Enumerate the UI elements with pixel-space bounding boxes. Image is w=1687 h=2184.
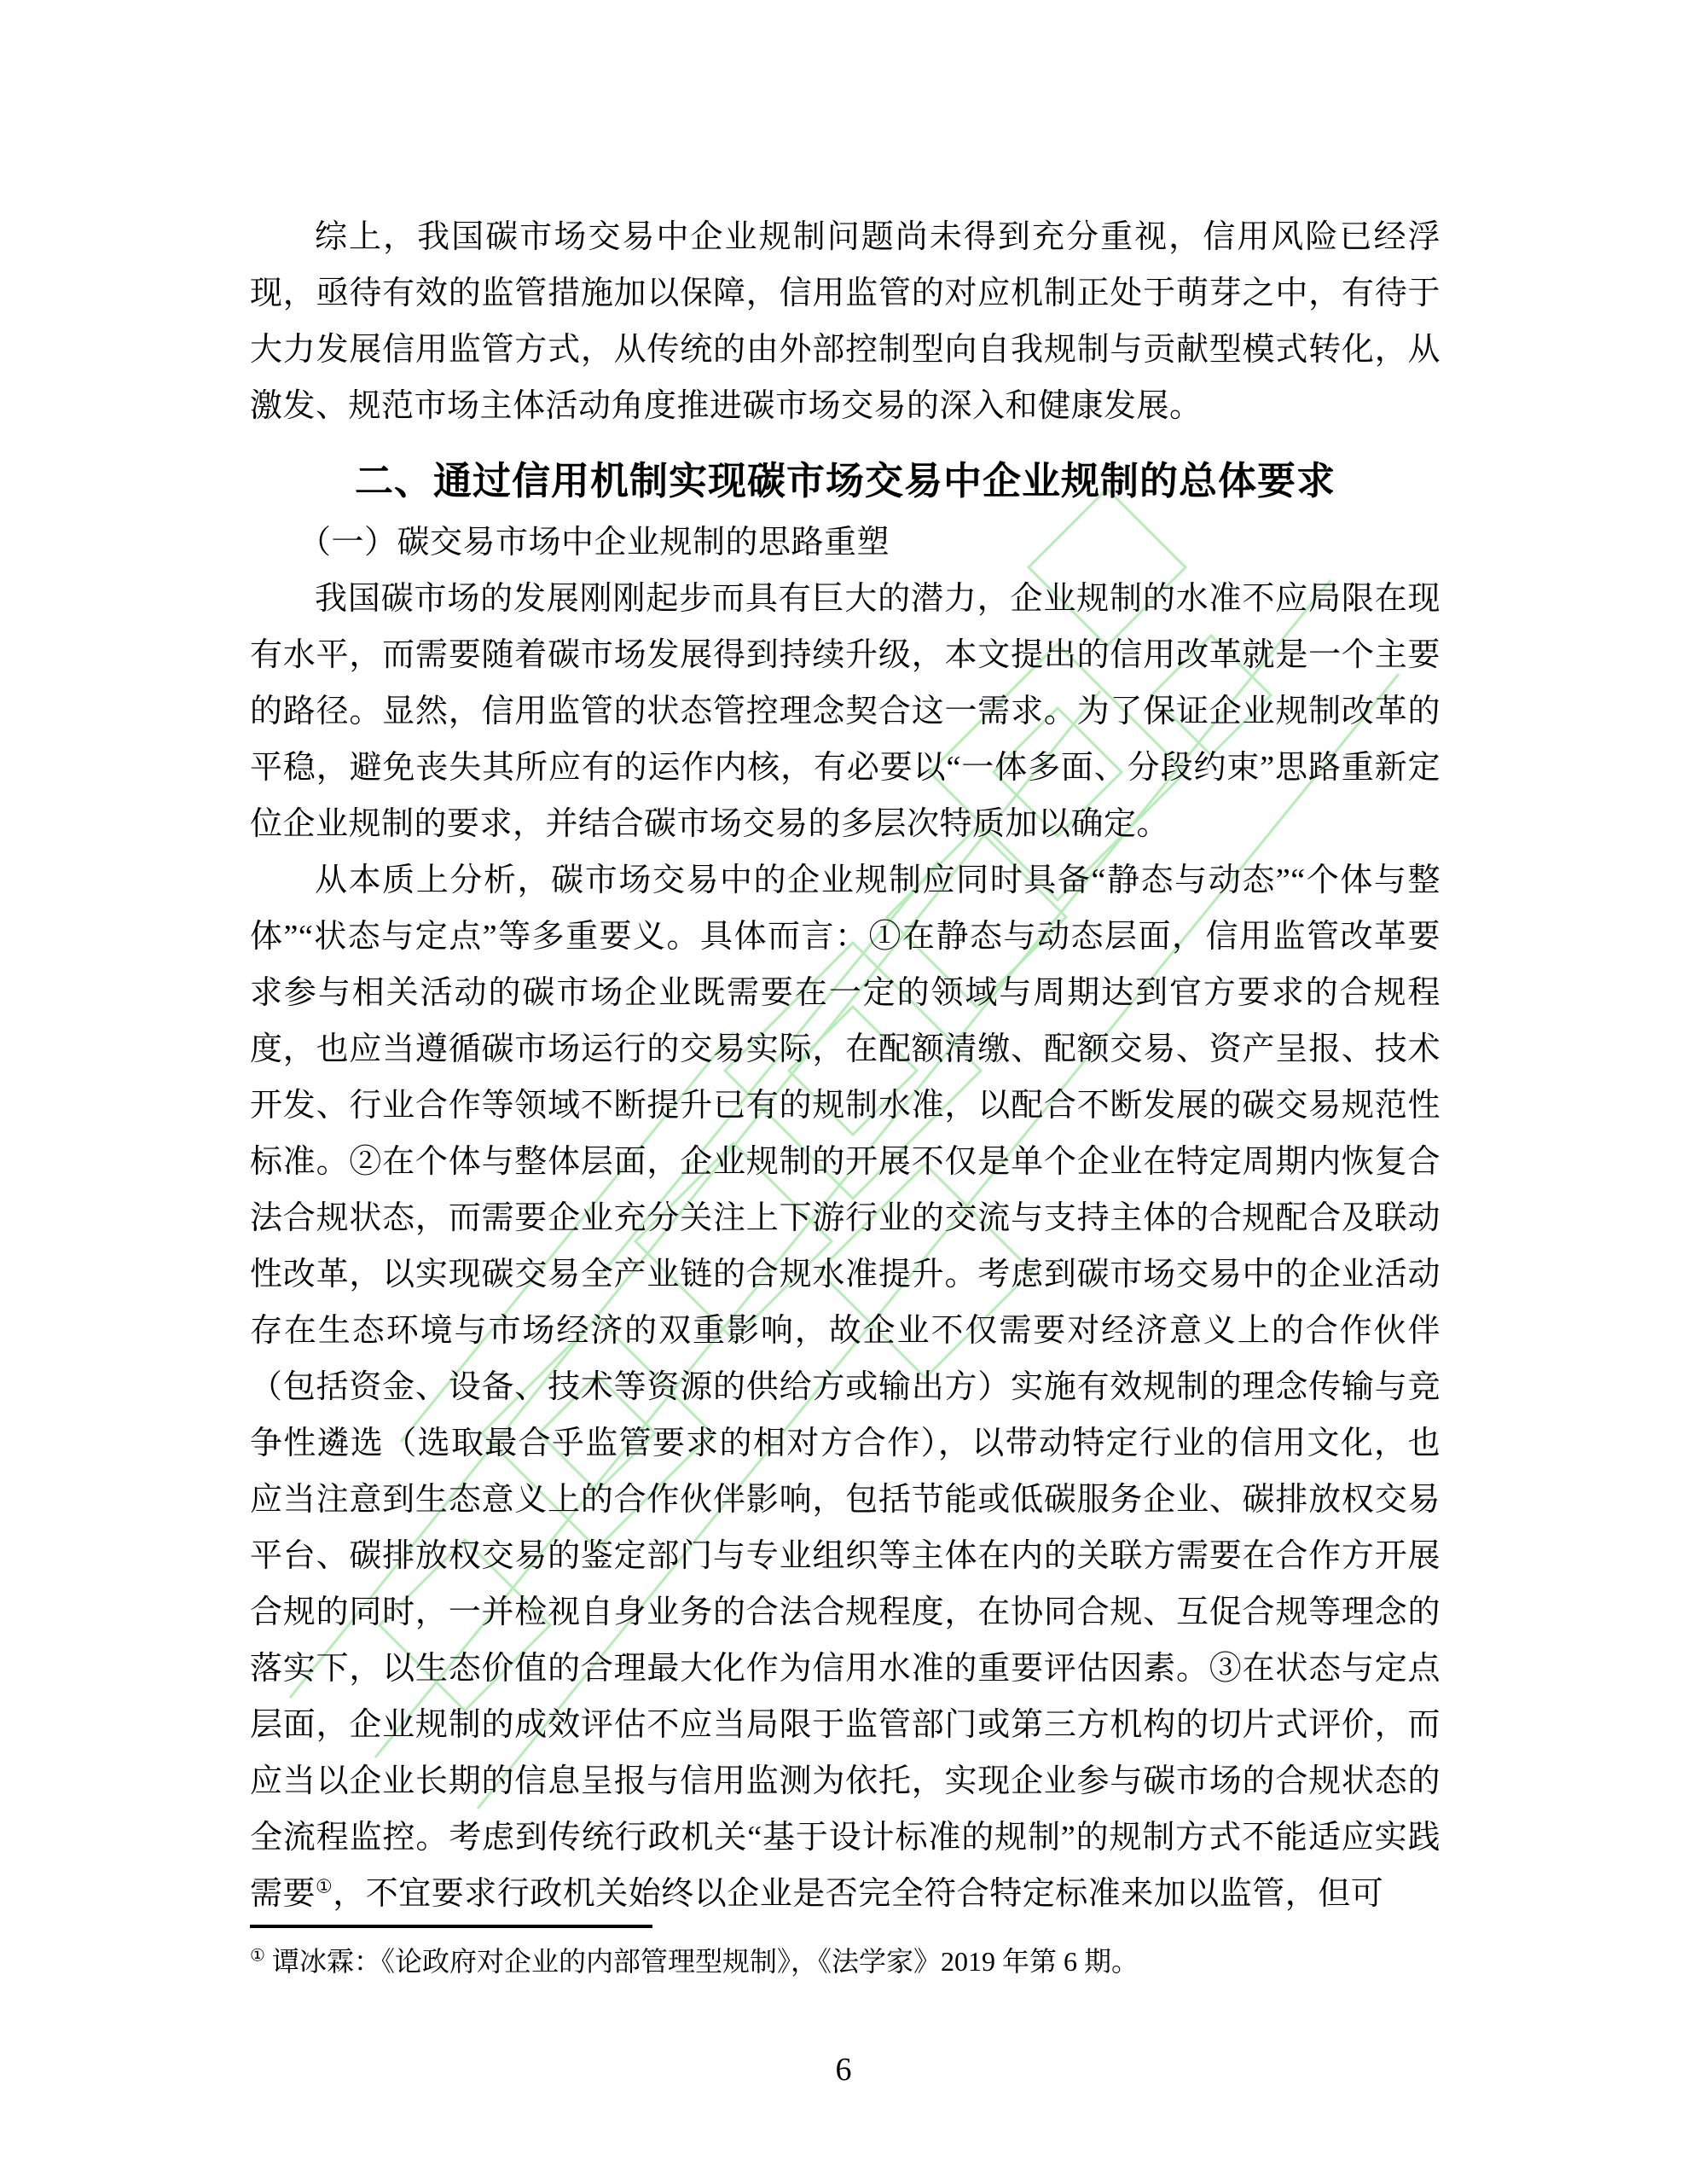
page-number: 6 [0,2049,1687,2090]
footnote-area: ① 谭冰霖：《论政府对企业的内部管理型规制》，《法学家》2019 年第 6 期。 [250,1925,1441,1981]
paragraph-summary: 综上，我国碳市场交易中企业规制问题尚未得到充分重视，信用风险已经浮现，亟待有效的… [250,209,1441,434]
text-body: 综上，我国碳市场交易中企业规制问题尚未得到充分重视，信用风险已经浮现，亟待有效的… [250,209,1441,1922]
footnote-marker: ① [250,1946,265,1965]
footnote-separator [250,1925,652,1928]
paragraph-analysis-continuation: ，不宜要求行政机关始终以企业是否完全符合特定标准来加以监管，但可 [333,1876,1383,1912]
document-page: 综上，我国碳市场交易中企业规制问题尚未得到充分重视，信用风险已经浮现，亟待有效的… [0,0,1687,2184]
footnote-citation: 谭冰霖：《论政府对企业的内部管理型规制》，《法学家》2019 年第 6 期。 [272,1946,1139,1977]
section-heading: 二、通过信用机制实现碳市场交易中企业规制的总体要求 [250,448,1441,514]
footnote: ① 谭冰霖：《论政府对企业的内部管理型规制》，《法学家》2019 年第 6 期。 [250,1942,1441,1981]
paragraph-analysis: 从本质上分析，碳市场交易中的企业规制应同时具备“静态与动态”“个体与整体”“状态… [250,852,1441,1922]
footnote-ref-marker: ① [316,1875,333,1896]
subsection-heading: （一）碳交易市场中企业规制的思路重塑 [250,514,1441,571]
paragraph-market-development: 我国碳市场的发展刚刚起步而具有巨大的潜力，企业规制的水准不应局限在现有水平，而需… [250,571,1441,852]
paragraph-analysis-text: 从本质上分析，碳市场交易中的企业规制应同时具备“静态与动态”“个体与整体”“状态… [250,863,1441,1912]
